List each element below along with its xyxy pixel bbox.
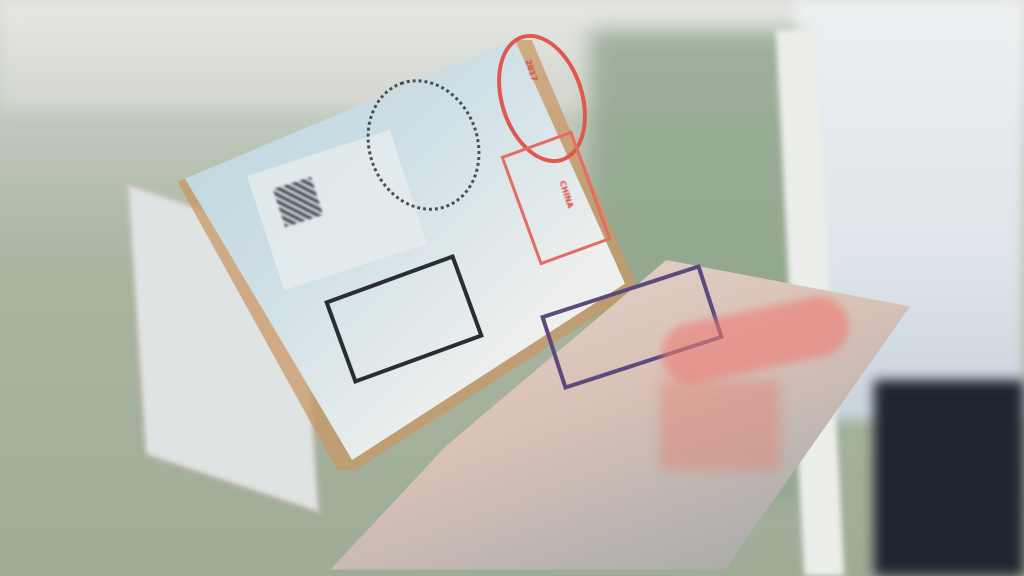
red-blurred-stamp bbox=[660, 380, 780, 470]
dark-background-area bbox=[874, 380, 1024, 576]
